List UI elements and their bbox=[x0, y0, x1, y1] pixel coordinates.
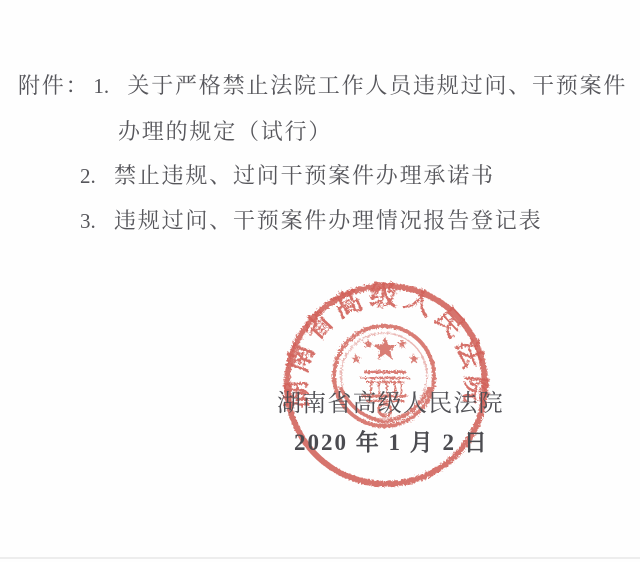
attachment-label: 附件： bbox=[18, 72, 89, 100]
document-page: 附件：1.关于严格禁止法院工作人员违规过问、干预案件 办理的规定（试行） 2.禁… bbox=[0, 0, 640, 562]
attachment-item-1-text: 关于严格禁止法院工作人员违规过问、干预案件 bbox=[127, 73, 627, 98]
emblem-big-star-icon bbox=[373, 336, 398, 360]
attachment-item-2-text: 禁止违规、过问干预案件办理承诺书 bbox=[114, 163, 495, 188]
signature-organization: 湖南省高级人民法院 bbox=[277, 383, 504, 418]
attachment-item-2: 2.禁止违规、过问干预案件办理承诺书 bbox=[80, 162, 495, 190]
attachment-item-1-number: 1. bbox=[93, 72, 127, 100]
attachment-item-1-text-continued: 办理的规定（试行） bbox=[118, 119, 332, 144]
attachment-item-3-text: 违规过问、干预案件办理情况报告登记表 bbox=[114, 208, 542, 233]
attachment-item-1-line-2: 办理的规定（试行） bbox=[118, 118, 332, 146]
attachment-item-3: 3.违规过问、干预案件办理情况报告登记表 bbox=[80, 207, 542, 235]
page-bottom-edge bbox=[0, 557, 640, 559]
signature-date: 2020 年 1 月 2 日 bbox=[294, 424, 489, 457]
attachment-item-1-line-1: 附件：1.关于严格禁止法院工作人员违规过问、干预案件 bbox=[18, 72, 627, 100]
attachment-item-2-number: 2. bbox=[80, 162, 114, 190]
attachment-item-3-number: 3. bbox=[80, 207, 114, 235]
